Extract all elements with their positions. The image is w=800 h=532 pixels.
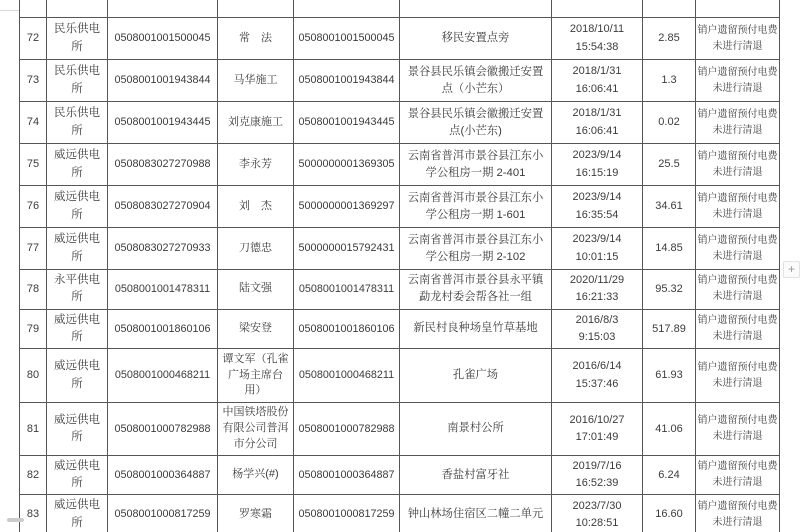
cell-amount: 6.24 [643, 455, 696, 495]
cell-status-line1: 销户遗留预付电费 [696, 459, 779, 475]
cell-status-line1: 销户遗留预付电费 [696, 360, 779, 376]
cell-empty [47, 0, 108, 18]
cell-status-line1: 销户遗留预付电费 [696, 313, 779, 329]
cell-address: 移民安置点旁 [400, 18, 552, 60]
cell-power-station: 永平供电所 [47, 270, 108, 310]
cell-date: 2019/7/16 [556, 458, 638, 475]
cell-customer-name: 梁安登 [218, 309, 294, 349]
cell-account-number: 0508001000364887 [108, 455, 218, 495]
cell-account-number: 0508083027270933 [108, 228, 218, 270]
cell-time: 10:01:15 [556, 249, 638, 266]
cell-account-number: 0508001001860106 [108, 309, 218, 349]
cell-row-number: 78 [20, 270, 47, 310]
cell-time: 9:15:03 [556, 329, 638, 346]
cell-power-station: 威远供电所 [47, 495, 108, 532]
table-row: 77 威远供电所 0508083027270933 刀德忠 5000000015… [20, 228, 780, 270]
cell-status: 销户遗留预付电费 未进行清退 [696, 309, 780, 349]
cell-status-line2: 未进行清退 [696, 165, 779, 181]
table-row: 83 威远供电所 0508001000817259 罗寒霜 0508001000… [20, 495, 780, 532]
cell-row-number: 81 [20, 403, 47, 456]
cell-power-station: 威远供电所 [47, 228, 108, 270]
cell-status-line2: 未进行清退 [696, 429, 779, 445]
cell-row-number: 80 [20, 349, 47, 403]
cell-empty [294, 0, 400, 18]
cell-customer-name: 杨学兴(#) [218, 455, 294, 495]
table-row: 76 威远供电所 0508083027270904 刘 杰 5000000001… [20, 186, 780, 228]
cell-address: 云南省普洱市景谷县江东小学公租房一期 1-601 [400, 186, 552, 228]
cell-power-station: 威远供电所 [47, 186, 108, 228]
cell-amount: 16.60 [643, 495, 696, 532]
cell-meter-number: 0508001001943445 [294, 102, 400, 144]
cell-meter-number: 0508001000468211 [294, 349, 400, 403]
plus-button[interactable]: + [783, 261, 800, 278]
cell-time: 16:52:39 [556, 475, 638, 492]
cell-time: 15:37:46 [556, 376, 638, 393]
cell-datetime: 2023/7/30 10:28:51 [552, 495, 643, 532]
cell-time: 16:35:54 [556, 207, 638, 224]
cell-row-number: 72 [20, 18, 47, 60]
cell-status-line1: 销户遗留预付电费 [696, 65, 779, 81]
cell-meter-number: 0508001001478311 [294, 270, 400, 310]
cell-status-line2: 未进行清退 [696, 289, 779, 305]
cell-datetime: 2020/11/29 16:21:33 [552, 270, 643, 310]
cell-status-line2: 未进行清退 [696, 81, 779, 97]
cell-status-line2: 未进行清退 [696, 123, 779, 139]
cell-customer-name: 罗寒霜 [218, 495, 294, 532]
cell-status: 销户遗留预付电费 未进行清退 [696, 495, 780, 532]
cell-account-number: 0508001000468211 [108, 349, 218, 403]
cell-customer-name: 李永芳 [218, 144, 294, 186]
cell-row-number: 77 [20, 228, 47, 270]
cell-row-number: 74 [20, 102, 47, 144]
table-row: 74 民乐供电所 0508001001943445 刘克康施工 05080010… [20, 102, 780, 144]
cell-status: 销户遗留预付电费 未进行清退 [696, 403, 780, 456]
cell-status-line1: 销户遗留预付电费 [696, 273, 779, 289]
cell-datetime: 2016/6/14 15:37:46 [552, 349, 643, 403]
cell-power-station: 威远供电所 [47, 144, 108, 186]
cell-date: 2018/10/11 [556, 21, 638, 38]
page-corner-line [0, 10, 20, 11]
cell-amount: 517.89 [643, 309, 696, 349]
cell-power-station: 威远供电所 [47, 349, 108, 403]
cell-empty [400, 0, 552, 18]
cell-datetime: 2018/1/31 16:06:41 [552, 102, 643, 144]
cell-address: 景谷县民乐镇会徽搬迁安置点（小芒东） [400, 60, 552, 102]
cell-customer-name: 中国铁塔股份有限公司普洱市分公司 [218, 403, 294, 456]
cell-time: 16:21:33 [556, 289, 638, 306]
cell-date: 2020/11/29 [556, 272, 638, 289]
cell-empty [643, 0, 696, 18]
cell-address: 云南省普洱市景谷县江东小学公租房一期 2-102 [400, 228, 552, 270]
cell-meter-number: 5000000015792431 [294, 228, 400, 270]
cell-meter-number: 0508001001500045 [294, 18, 400, 60]
cell-customer-name: 刀德忠 [218, 228, 294, 270]
cell-datetime: 2018/10/11 15:54:38 [552, 18, 643, 60]
cell-status: 销户遗留预付电费 未进行清退 [696, 144, 780, 186]
cell-amount: 0.02 [643, 102, 696, 144]
table-row: 72 民乐供电所 0508001001500045 常 法 0508001001… [20, 18, 780, 60]
cell-customer-name: 谭文军（孔雀广场主席台用） [218, 349, 294, 403]
cell-amount: 1.3 [643, 60, 696, 102]
cell-time: 16:06:41 [556, 81, 638, 98]
cell-power-station: 民乐供电所 [47, 60, 108, 102]
cell-status-line1: 销户遗留预付电费 [696, 499, 779, 515]
cell-account-number: 0508001001478311 [108, 270, 218, 310]
cell-time: 15:54:38 [556, 39, 638, 56]
cell-empty [696, 0, 780, 18]
cell-status: 销户遗留预付电费 未进行清退 [696, 102, 780, 144]
cell-amount: 95.32 [643, 270, 696, 310]
cell-address: 云南省普洱市景谷县永平镇勐龙村委会帮各社一组 [400, 270, 552, 310]
cell-status-line2: 未进行清退 [696, 376, 779, 392]
cell-datetime: 2018/1/31 16:06:41 [552, 60, 643, 102]
table-row: 80 威远供电所 0508001000468211 谭文军（孔雀广场主席台用） … [20, 349, 780, 403]
cell-address: 香盐村富牙社 [400, 455, 552, 495]
cell-date: 2016/8/3 [556, 312, 638, 329]
cell-time: 16:06:41 [556, 123, 638, 140]
cell-account-number: 0508083027270988 [108, 144, 218, 186]
cell-address: 孔雀广场 [400, 349, 552, 403]
cell-power-station: 威远供电所 [47, 403, 108, 456]
cell-amount: 14.85 [643, 228, 696, 270]
cell-address: 新民村良种场皇竹草基地 [400, 309, 552, 349]
cell-meter-number: 0508001000817259 [294, 495, 400, 532]
cell-empty [218, 0, 294, 18]
cell-power-station: 威远供电所 [47, 309, 108, 349]
cell-datetime: 2023/9/14 16:35:54 [552, 186, 643, 228]
cell-status: 销户遗留预付电费 未进行清退 [696, 18, 780, 60]
cell-date: 2023/7/30 [556, 498, 638, 515]
table-row: 73 民乐供电所 0508001001943844 马华施工 050800100… [20, 60, 780, 102]
cell-meter-number: 0508001001860106 [294, 309, 400, 349]
cell-account-number: 0508083027270904 [108, 186, 218, 228]
cell-datetime: 2016/10/27 17:01:49 [552, 403, 643, 456]
table-row: 78 永平供电所 0508001001478311 陆文强 0508001001… [20, 270, 780, 310]
cell-status-line1: 销户遗留预付电费 [696, 149, 779, 165]
cell-power-station: 威远供电所 [47, 455, 108, 495]
cell-status-line1: 销户遗留预付电费 [696, 107, 779, 123]
cell-status: 销户遗留预付电费 未进行清退 [696, 186, 780, 228]
cell-status-line2: 未进行清退 [696, 475, 779, 491]
cell-customer-name: 马华施工 [218, 60, 294, 102]
cell-address: 云南省普洱市景谷县江东小学公租房一期 2-401 [400, 144, 552, 186]
cell-meter-number: 0508001001943844 [294, 60, 400, 102]
cell-address: 钟山林场住宿区二幢二单元 [400, 495, 552, 532]
account-table-sheet: 72 民乐供电所 0508001001500045 常 法 0508001001… [19, 0, 780, 532]
cell-date: 2023/9/14 [556, 231, 638, 248]
cell-row-number: 79 [20, 309, 47, 349]
cell-row-number: 83 [20, 495, 47, 532]
cell-amount: 34.61 [643, 186, 696, 228]
table-row: 79 威远供电所 0508001001860106 梁安登 0508001001… [20, 309, 780, 349]
cell-row-number: 73 [20, 60, 47, 102]
cell-status: 销户遗留预付电费 未进行清退 [696, 228, 780, 270]
cell-power-station: 民乐供电所 [47, 102, 108, 144]
cell-status-line2: 未进行清退 [696, 39, 779, 55]
cell-address: 景谷县民乐镇会徽搬迁安置点(小芒东) [400, 102, 552, 144]
cell-datetime: 2023/9/14 16:15:19 [552, 144, 643, 186]
cell-meter-number: 5000000001369297 [294, 186, 400, 228]
cell-status: 销户遗留预付电费 未进行清退 [696, 60, 780, 102]
cell-date: 2023/9/14 [556, 147, 638, 164]
cell-status-line1: 销户遗留预付电费 [696, 233, 779, 249]
cell-status: 销户遗留预付电费 未进行清退 [696, 270, 780, 310]
cell-meter-number: 0508001000364887 [294, 455, 400, 495]
cell-time: 16:15:19 [556, 165, 638, 182]
cell-address: 南景村公所 [400, 403, 552, 456]
cell-customer-name: 常 法 [218, 18, 294, 60]
cell-amount: 25.5 [643, 144, 696, 186]
table-row: 82 威远供电所 0508001000364887 杨学兴(#) 0508001… [20, 455, 780, 495]
cell-status-line2: 未进行清退 [696, 249, 779, 265]
cell-account-number: 0508001001943445 [108, 102, 218, 144]
cell-status-line1: 销户遗留预付电费 [696, 413, 779, 429]
cell-date: 2016/6/14 [556, 358, 638, 375]
cell-account-number: 0508001001943844 [108, 60, 218, 102]
cell-status-line2: 未进行清退 [696, 329, 779, 345]
cell-status-line1: 销户遗留预付电费 [696, 23, 779, 39]
cell-row-number: 82 [20, 455, 47, 495]
cell-power-station: 民乐供电所 [47, 18, 108, 60]
cell-amount: 2.85 [643, 18, 696, 60]
table-row: 75 威远供电所 0508083027270988 李永芳 5000000001… [20, 144, 780, 186]
cell-status-line2: 未进行清退 [696, 515, 779, 531]
cell-empty [552, 0, 643, 18]
cell-datetime: 2023/9/14 10:01:15 [552, 228, 643, 270]
cell-meter-number: 0508001000782988 [294, 403, 400, 456]
cell-customer-name: 刘克康施工 [218, 102, 294, 144]
cell-status-line2: 未进行清退 [696, 207, 779, 223]
cell-empty [20, 0, 47, 18]
cell-date: 2023/9/14 [556, 189, 638, 206]
cell-date: 2018/1/31 [556, 105, 638, 122]
cell-time: 17:01:49 [556, 429, 638, 446]
table-row: 81 威远供电所 0508001000782988 中国铁塔股份有限公司普洱市分… [20, 403, 780, 456]
cell-row-number: 75 [20, 144, 47, 186]
scrollbar-thumb[interactable] [7, 518, 24, 522]
cell-account-number: 0508001001500045 [108, 18, 218, 60]
table-row-cutoff [20, 0, 780, 18]
cell-amount: 41.06 [643, 403, 696, 456]
cell-amount: 61.93 [643, 349, 696, 403]
cell-account-number: 0508001000817259 [108, 495, 218, 532]
cell-account-number: 0508001000782988 [108, 403, 218, 456]
cell-status: 销户遗留预付电费 未进行清退 [696, 455, 780, 495]
cell-row-number: 76 [20, 186, 47, 228]
cell-empty [108, 0, 218, 18]
cell-customer-name: 刘 杰 [218, 186, 294, 228]
cell-status-line1: 销户遗留预付电费 [696, 191, 779, 207]
cell-status: 销户遗留预付电费 未进行清退 [696, 349, 780, 403]
cell-meter-number: 5000000001369305 [294, 144, 400, 186]
cell-customer-name: 陆文强 [218, 270, 294, 310]
cell-time: 10:28:51 [556, 515, 638, 532]
prepaid-fee-table: 72 民乐供电所 0508001001500045 常 法 0508001001… [19, 0, 780, 532]
cell-date: 2016/10/27 [556, 412, 638, 429]
cell-datetime: 2019/7/16 16:52:39 [552, 455, 643, 495]
cell-date: 2018/1/31 [556, 63, 638, 80]
cell-datetime: 2016/8/3 9:15:03 [552, 309, 643, 349]
